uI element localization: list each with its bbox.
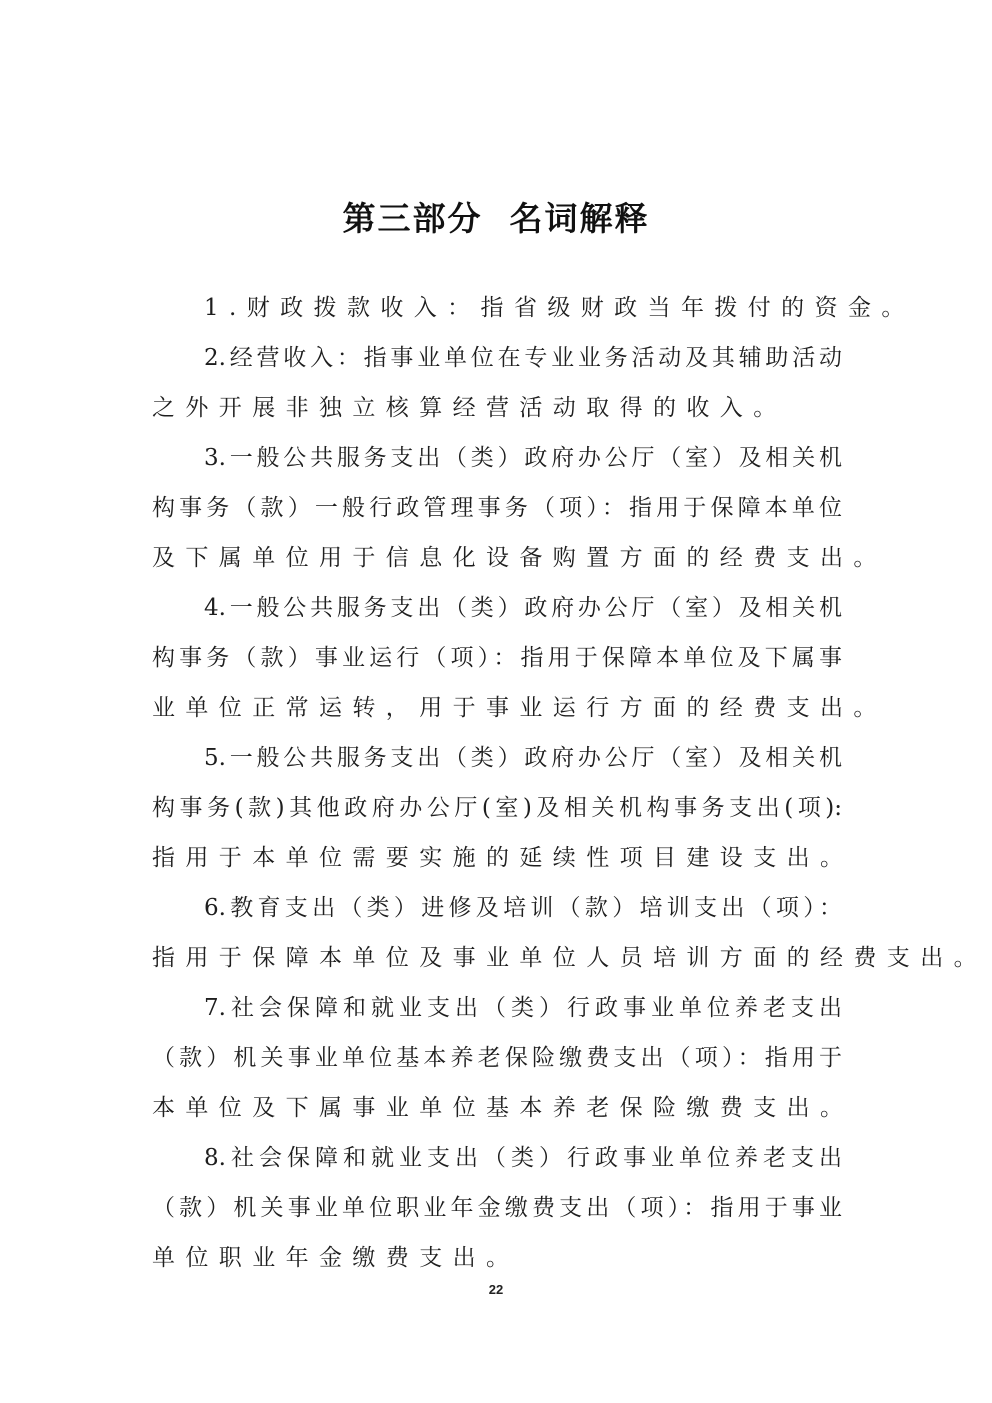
document-body: 1.财政拨款收入：指省级财政当年拨付的资金。 2.经营收入：指事业单位在专业业务… [152, 283, 842, 1283]
paragraph-line: 3.一般公共服务支出（类）政府办公厅（室）及相关机 [152, 433, 842, 483]
paragraph-line: 8.社会保障和就业支出（类）行政事业单位养老支出 [152, 1133, 842, 1183]
paragraph-line: 4.一般公共服务支出（类）政府办公厅（室）及相关机 [152, 583, 842, 633]
page-title: 第三部分 名词解释 [0, 194, 992, 244]
paragraph-line: 指用于保障本单位及事业单位人员培训方面的经费支出。 [152, 933, 842, 983]
paragraph-8: 8.社会保障和就业支出（类）行政事业单位养老支出 （款）机关事业单位职业年金缴费… [152, 1133, 842, 1283]
paragraph-line: 本单位及下属事业单位基本养老保险缴费支出。 [152, 1083, 842, 1133]
paragraph-5: 5.一般公共服务支出（类）政府办公厅（室）及相关机 构事务(款)其他政府办公厅(… [152, 733, 842, 883]
paragraph-line: （款）机关事业单位基本养老保险缴费支出（项）：指用于 [152, 1033, 842, 1083]
paragraph-line: 5.一般公共服务支出（类）政府办公厅（室）及相关机 [152, 733, 842, 783]
paragraph-line: 7.社会保障和就业支出（类）行政事业单位养老支出 [152, 983, 842, 1033]
paragraph-7: 7.社会保障和就业支出（类）行政事业单位养老支出 （款）机关事业单位基本养老保险… [152, 983, 842, 1133]
paragraph-line: 之外开展非独立核算经营活动取得的收入。 [152, 383, 842, 433]
paragraph-line: 6.教育支出（类）进修及培训（款）培训支出（项）： [152, 883, 842, 933]
paragraph-line: （款）机关事业单位职业年金缴费支出（项）：指用于事业 [152, 1183, 842, 1233]
paragraph-2: 2.经营收入：指事业单位在专业业务活动及其辅助活动 之外开展非独立核算经营活动取… [152, 333, 842, 433]
paragraph-line: 2.经营收入：指事业单位在专业业务活动及其辅助活动 [152, 333, 842, 383]
paragraph-line: 构事务（款）事业运行（项）：指用于保障本单位及下属事 [152, 633, 842, 683]
paragraph-line: 构事务(款)其他政府办公厅(室)及相关机构事务支出(项): [152, 783, 842, 833]
page-number: 22 [0, 1282, 992, 1297]
document-page: 第三部分 名词解释 1.财政拨款收入：指省级财政当年拨付的资金。 2.经营收入：… [0, 0, 992, 1403]
paragraph-6: 6.教育支出（类）进修及培训（款）培训支出（项）： 指用于保障本单位及事业单位人… [152, 883, 842, 983]
paragraph-line: 单位职业年金缴费支出。 [152, 1233, 842, 1283]
paragraph-4: 4.一般公共服务支出（类）政府办公厅（室）及相关机 构事务（款）事业运行（项）：… [152, 583, 842, 733]
paragraph-line: 构事务（款）一般行政管理事务（项）：指用于保障本单位 [152, 483, 842, 533]
paragraph-3: 3.一般公共服务支出（类）政府办公厅（室）及相关机 构事务（款）一般行政管理事务… [152, 433, 842, 583]
paragraph-1: 1.财政拨款收入：指省级财政当年拨付的资金。 [152, 283, 842, 333]
paragraph-line: 及下属单位用于信息化设备购置方面的经费支出。 [152, 533, 842, 583]
paragraph-line: 业单位正常运转，用于事业运行方面的经费支出。 [152, 683, 842, 733]
paragraph-line: 指用于本单位需要实施的延续性项目建设支出。 [152, 833, 842, 883]
paragraph-line: 1.财政拨款收入：指省级财政当年拨付的资金。 [152, 283, 842, 333]
